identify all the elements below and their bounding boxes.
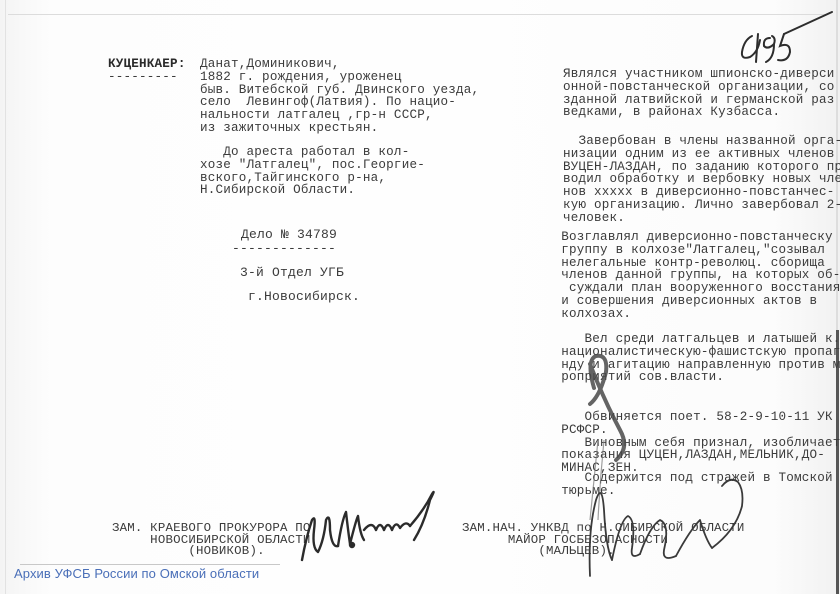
archive-stamp: Архив УФСБ России по Омской области (14, 566, 259, 581)
surname-underline: --------- (108, 71, 178, 84)
page-edge-top (8, 14, 828, 15)
folio-number-handwritten (742, 12, 832, 62)
case-number: Дело № 34789 (241, 229, 337, 242)
accusation-paragraph-recruitment: Завербован в члены названной орга- низац… (563, 135, 840, 225)
signature-novikov (302, 492, 434, 560)
signature-block-prosecutor: ЗАМ. КРАЕВОГО ПРОКУРОРА ПО НОВОСИБИРСКОЙ… (112, 523, 311, 558)
signature-block-nkvd: ЗАМ.НАЧ. УНКВД по Н.СИБИРСКОЙ ОБЛАСТИ МА… (462, 523, 745, 558)
case-number-underline: ------------- (232, 243, 336, 256)
subject-surname: КУЦЕНКАЕР: (108, 58, 186, 71)
stamp-rule (20, 564, 280, 565)
accusation-paragraph-leadership: Возглавлял диверсионно-повстанческу груп… (538, 231, 840, 321)
subject-workplace: До ареста работал в кол- хозе "Латгалец"… (200, 146, 425, 197)
scanned-document-page: КУЦЕНКАЕР: --------- Данат,Доминикович, … (0, 0, 840, 594)
city: г.Новосибирск. (248, 291, 360, 304)
detention-paragraph: Содержится под стражей в Томской тюрьме. (538, 472, 833, 498)
accusation-paragraph-charges: Обвиняется поет. 58-2-9-10-11 УК РСФСР. … (538, 411, 840, 475)
accusation-paragraph-membership: Являлся участником шпионско-диверси онно… (563, 68, 835, 119)
subject-biography: Данат,Доминикович, 1882 г. рождения, уро… (200, 58, 479, 135)
department: 3-й Отдел УГБ (240, 267, 344, 280)
page-edge-left (5, 0, 6, 594)
accusation-paragraph-propaganda: Вел среди латгальцев и латышей к.р. наци… (538, 333, 840, 384)
